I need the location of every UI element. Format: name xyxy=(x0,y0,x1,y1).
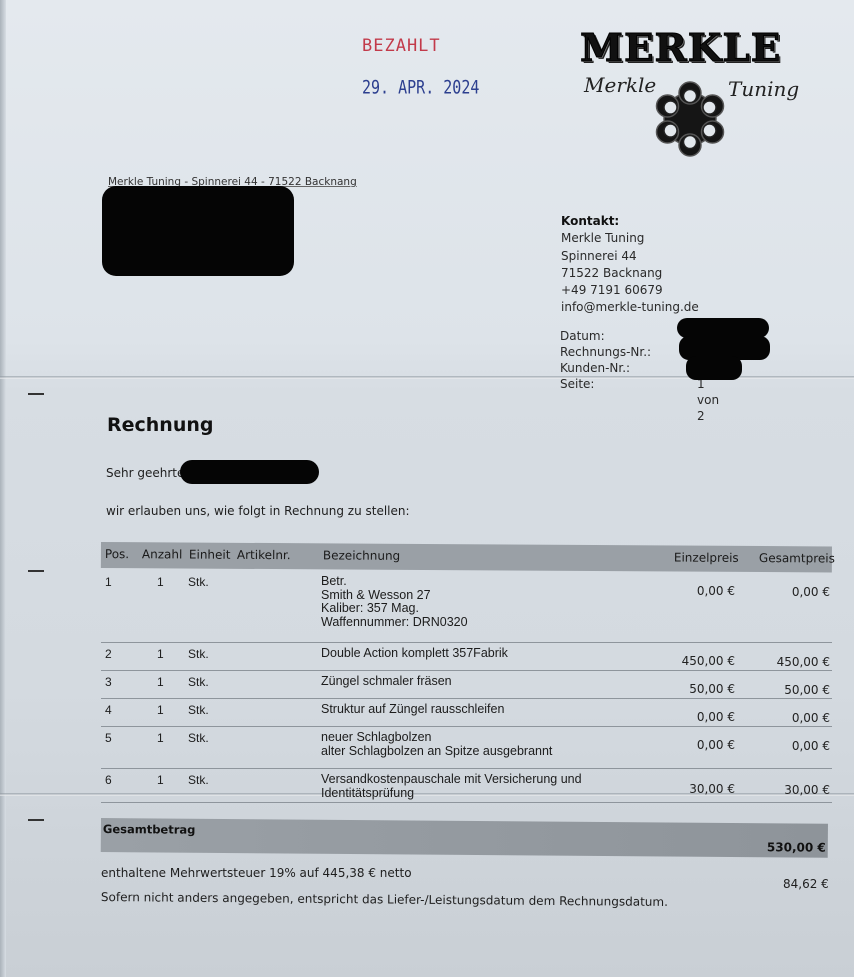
invoice-table: Pos. Anzahl Einheit Artikelnr. Bezeichnu… xyxy=(101,542,832,568)
contact-email: info@merkle-tuning.de xyxy=(561,299,699,316)
cell-gesamtpreis: 0,00 € xyxy=(740,585,830,599)
cell-bezeichnung: Struktur auf Züngel rausschleifen xyxy=(321,703,504,717)
bezeichnung-line: Versandkostenpauschale mit Versicherung … xyxy=(321,773,582,787)
table-row: 21Stk.Double Action komplett 357Fabrik45… xyxy=(101,642,832,671)
header-bezeichnung: Bezeichnung xyxy=(323,548,400,562)
vat-text: enthaltene Mehrwertsteuer 19% auf 445,38… xyxy=(101,866,412,880)
cell-anzahl: 1 xyxy=(157,647,164,661)
cell-einheit: Stk. xyxy=(188,731,209,745)
cell-einheit: Stk. xyxy=(188,647,209,661)
header-einzelpreis: Einzelpreis xyxy=(674,551,739,565)
revolver-cylinder-icon xyxy=(652,81,728,157)
contact-phone: +49 7191 60679 xyxy=(561,282,699,299)
cell-einzelpreis: 0,00 € xyxy=(645,584,735,598)
table-row: 61Stk.Versandkostenpauschale mit Versich… xyxy=(101,768,832,803)
cell-einheit: Stk. xyxy=(188,675,209,689)
redacted-kunden-nr xyxy=(686,356,742,380)
cell-einzelpreis: 30,00 € xyxy=(645,782,735,796)
contact-company: Merkle Tuning xyxy=(561,230,699,247)
logo-script-left: Merkle xyxy=(584,73,656,97)
cell-anzahl: 1 xyxy=(157,731,164,745)
cell-anzahl: 1 xyxy=(157,703,164,717)
total-bar: Gesamtbetrag 530,00 € xyxy=(101,818,828,858)
contact-street: Spinnerei 44 xyxy=(561,248,699,265)
fold-mark xyxy=(28,819,44,821)
company-logo: MERKLE Merkle Tuning xyxy=(582,25,804,160)
bezeichnung-line: alter Schlagbolzen an Spitze ausgebrannt xyxy=(321,745,552,759)
header-pos: Pos. xyxy=(105,547,129,561)
contact-city: 71522 Backnang xyxy=(561,265,699,282)
intro-text: wir erlauben uns, wie folgt in Rechnung … xyxy=(106,504,410,518)
total-value: 530,00 € xyxy=(767,840,826,854)
bezeichnung-line: Double Action komplett 357Fabrik xyxy=(321,647,508,661)
bezeichnung-line: Betr. xyxy=(321,575,468,589)
seite-value: 1 von 2 xyxy=(697,376,719,424)
cell-pos: 4 xyxy=(105,703,112,717)
paid-stamp: BEZAHLT xyxy=(362,36,441,56)
bezeichnung-line: Struktur auf Züngel rausschleifen xyxy=(321,703,504,717)
cell-anzahl: 1 xyxy=(157,675,164,689)
datum-label: Datum: xyxy=(560,328,651,344)
cell-einzelpreis: 0,00 € xyxy=(645,738,735,752)
table-row: 11Stk.Betr.Smith & Wesson 27Kaliber: 357… xyxy=(101,570,832,643)
bezeichnung-line: Züngel schmaler fräsen xyxy=(321,675,452,689)
date-stamp: 29. APR. 2024 xyxy=(362,76,479,99)
delivery-date-note: Sofern nicht anders angegeben, entsprich… xyxy=(101,890,668,909)
fold-mark xyxy=(28,570,44,572)
table-header: Pos. Anzahl Einheit Artikelnr. Bezeichnu… xyxy=(101,542,832,572)
cell-pos: 3 xyxy=(105,675,112,689)
cell-einheit: Stk. xyxy=(188,773,209,787)
cell-gesamtpreis: 0,00 € xyxy=(740,739,830,753)
bezeichnung-line: Kaliber: 357 Mag. xyxy=(321,602,468,616)
invoice-meta: Datum: Rechnungs-Nr.: Kunden-Nr.: Seite:… xyxy=(560,328,651,392)
bezeichnung-line: neuer Schlagbolzen xyxy=(321,731,552,745)
cell-pos: 6 xyxy=(105,773,112,787)
redacted-recipient-address xyxy=(102,186,294,276)
cell-gesamtpreis: 0,00 € xyxy=(740,711,830,725)
redacted-recipient-name xyxy=(180,460,319,484)
cell-einzelpreis: 50,00 € xyxy=(645,682,735,696)
salutation: Sehr geehrte xyxy=(106,466,184,480)
header-artikelnr: Artikelnr. xyxy=(237,548,291,562)
logo-wordmark: MERKLE xyxy=(580,25,781,70)
cell-pos: 2 xyxy=(105,647,112,661)
table-row: 41Stk.Struktur auf Züngel rausschleifen0… xyxy=(101,698,832,727)
contact-title: Kontakt: xyxy=(561,213,699,230)
header-einheit: Einheit xyxy=(189,548,231,562)
rechnungs-nr-label: Rechnungs-Nr.: xyxy=(560,344,651,360)
logo-script-right: Tuning xyxy=(728,77,799,101)
cell-bezeichnung: Züngel schmaler fräsen xyxy=(321,675,452,689)
header-anzahl: Anzahl xyxy=(142,547,182,561)
table-row: 51Stk.neuer Schlagbolzenalter Schlagbolz… xyxy=(101,726,832,769)
cell-bezeichnung: Betr.Smith & Wesson 27Kaliber: 357 Mag.W… xyxy=(321,575,468,629)
table-row: 31Stk.Züngel schmaler fräsen50,00 €50,00… xyxy=(101,670,832,699)
header-gesamtpreis: Gesamtpreis xyxy=(759,551,835,565)
vat-value: 84,62 € xyxy=(783,877,829,891)
cell-einheit: Stk. xyxy=(188,575,209,589)
page-title: Rechnung xyxy=(107,414,214,436)
cell-anzahl: 1 xyxy=(157,575,164,589)
cell-bezeichnung: Double Action komplett 357Fabrik xyxy=(321,647,508,661)
kunden-nr-label: Kunden-Nr.: xyxy=(560,360,651,376)
cell-pos: 1 xyxy=(105,575,112,589)
cell-pos: 5 xyxy=(105,731,112,745)
cell-einheit: Stk. xyxy=(188,703,209,717)
contact-block: Kontakt: Merkle Tuning Spinnerei 44 7152… xyxy=(561,213,699,317)
bezeichnung-line: Waffennummer: DRN0320 xyxy=(321,616,468,630)
cell-einzelpreis: 0,00 € xyxy=(645,710,735,724)
bezeichnung-line: Identitätsprüfung xyxy=(321,787,582,801)
cell-bezeichnung: neuer Schlagbolzenalter Schlagbolzen an … xyxy=(321,731,552,758)
bezeichnung-line: Smith & Wesson 27 xyxy=(321,589,468,603)
cell-gesamtpreis: 450,00 € xyxy=(740,655,830,669)
cell-einzelpreis: 450,00 € xyxy=(645,654,735,668)
fold-mark xyxy=(28,393,44,395)
paper-edge xyxy=(0,0,6,977)
total-label: Gesamtbetrag xyxy=(103,822,196,837)
cell-bezeichnung: Versandkostenpauschale mit Versicherung … xyxy=(321,773,582,800)
cell-gesamtpreis: 30,00 € xyxy=(740,783,830,797)
seite-label: Seite: xyxy=(560,377,594,391)
redacted-datum xyxy=(677,318,769,338)
cell-gesamtpreis: 50,00 € xyxy=(740,683,830,697)
cell-anzahl: 1 xyxy=(157,773,164,787)
